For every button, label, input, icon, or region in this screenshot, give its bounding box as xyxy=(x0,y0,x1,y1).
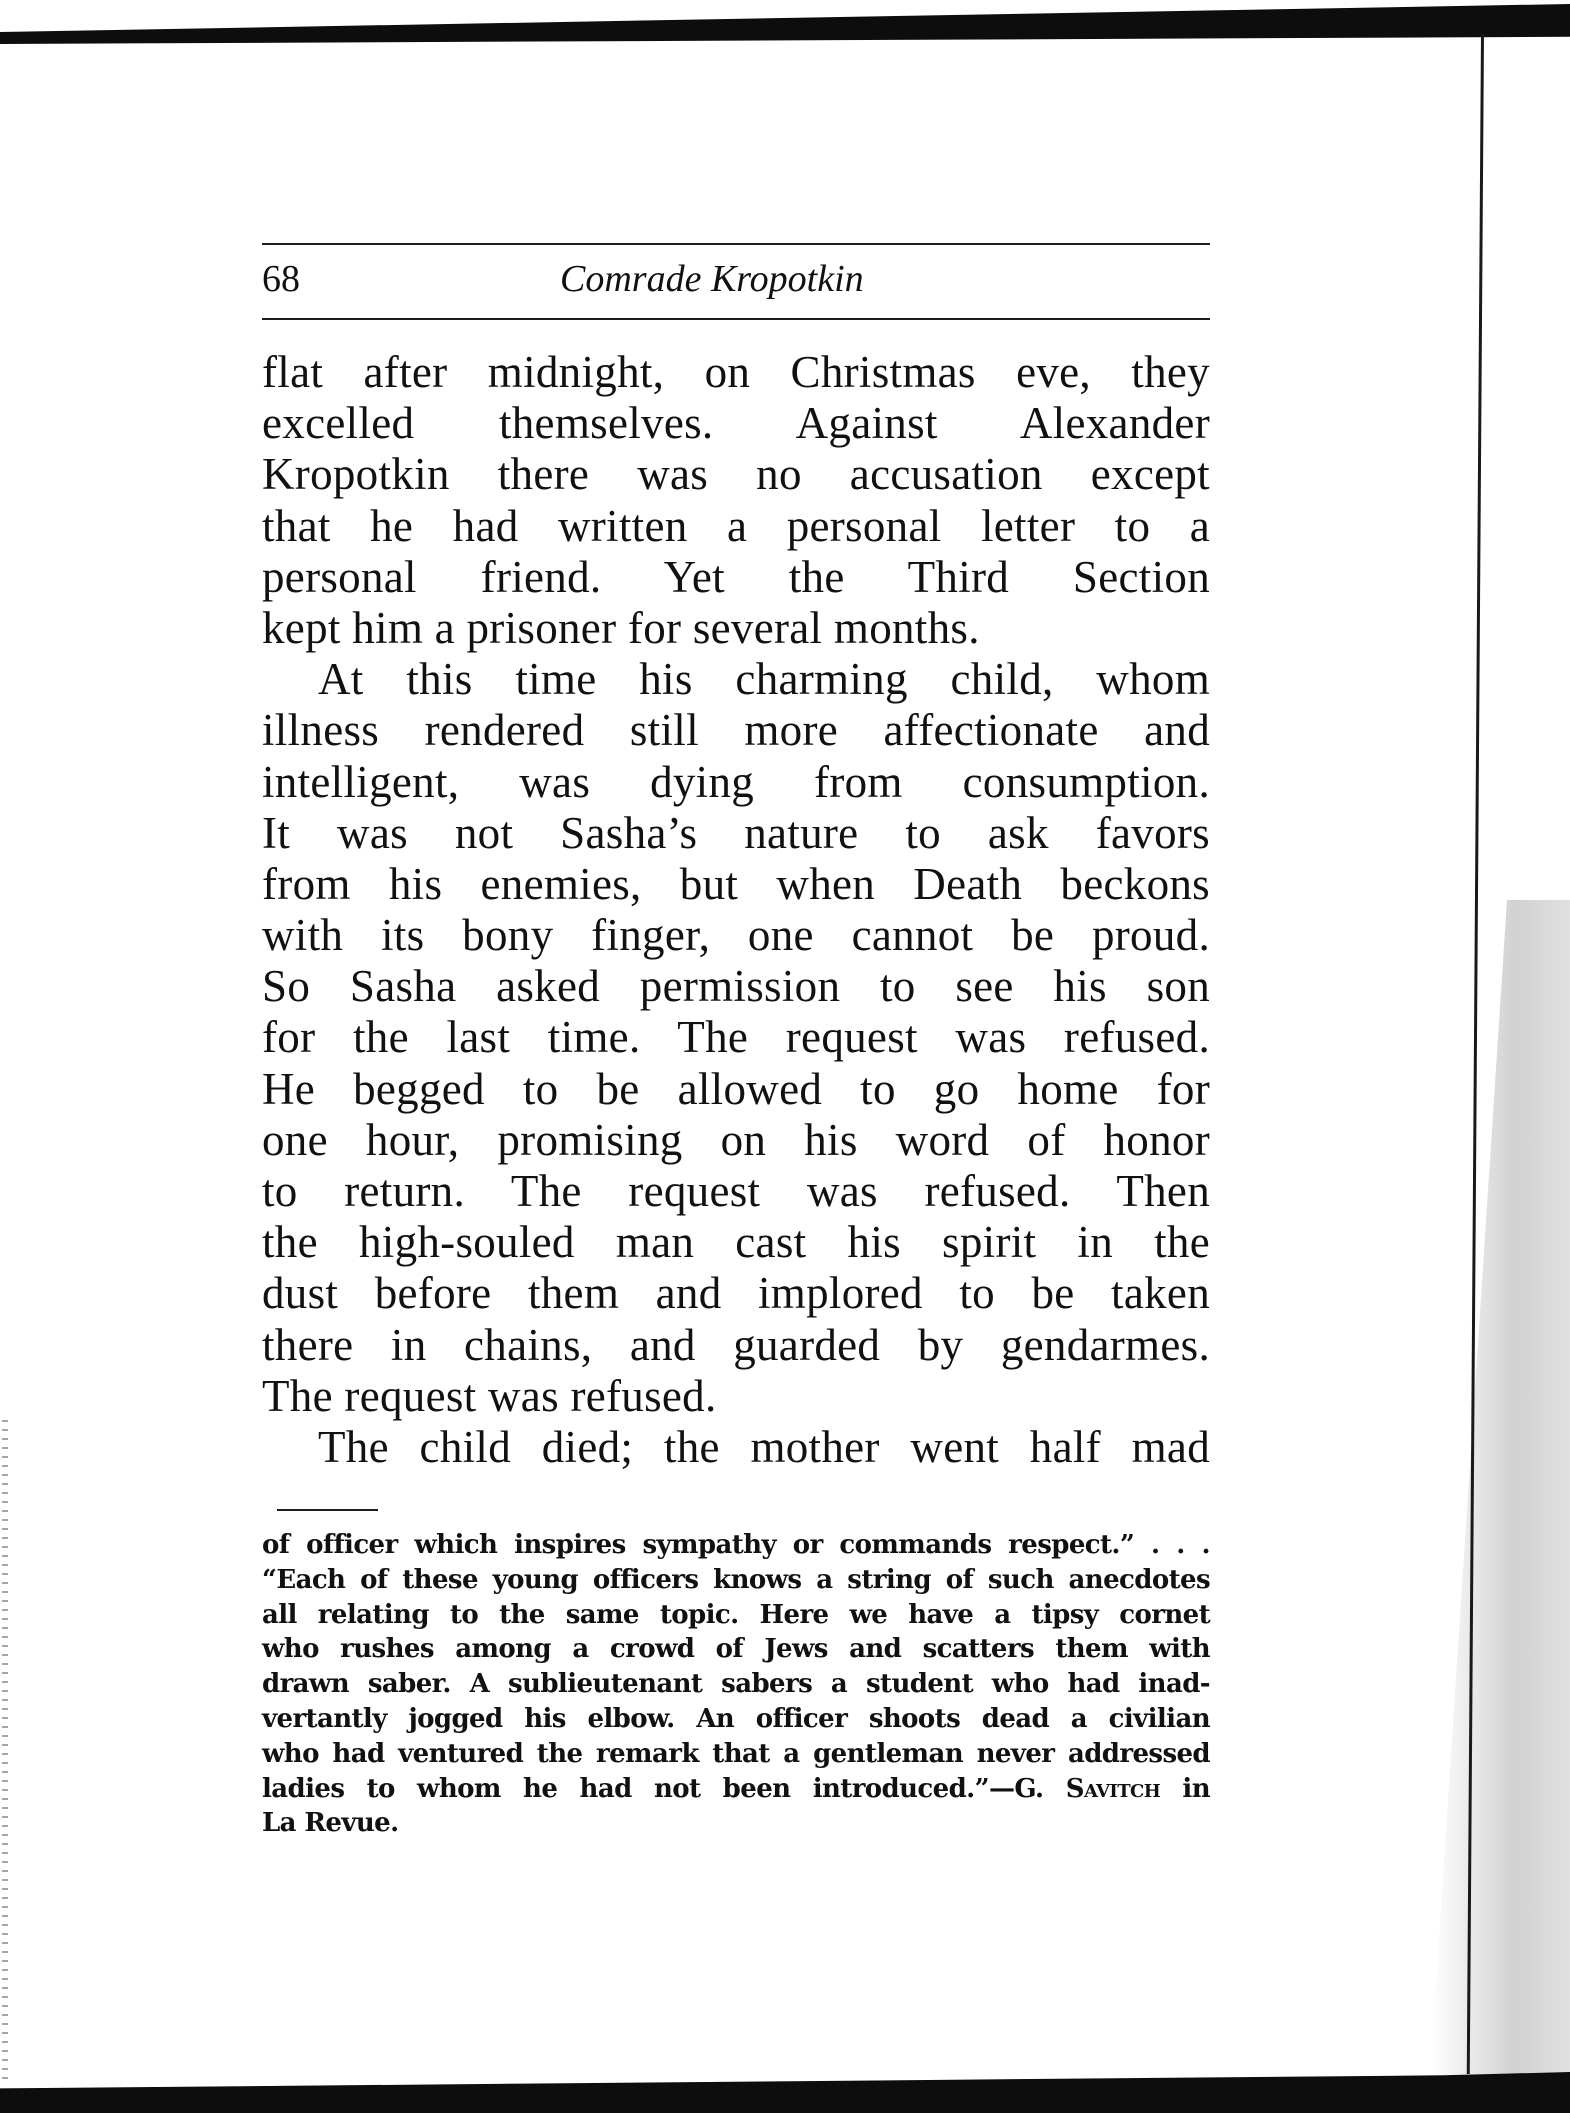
body-line: that he had written a personal letter to… xyxy=(262,501,1210,552)
footnote-attribution-line: ladies to whom he had not been introduce… xyxy=(262,1772,1210,1807)
body-line: illness rendered still more affectionate… xyxy=(262,705,1210,756)
footnote-attribution-suffix: in xyxy=(1160,1774,1210,1804)
scan-border-bottom xyxy=(0,2072,1570,2113)
body-line: kept him a prisoner for several months. xyxy=(262,603,1210,654)
footnote-separator xyxy=(277,1509,378,1511)
footnote-line: drawn saber. A sublieutenant sabers a st… xyxy=(262,1667,1210,1702)
running-title: Comrade Kropotkin xyxy=(560,257,864,301)
body-line: The child died; the mother went half mad xyxy=(262,1422,1210,1473)
footnote-line: who had ventured the remark that a gentl… xyxy=(262,1737,1210,1772)
footnote: of officer which inspires sympathy or co… xyxy=(262,1528,1210,1841)
footnote-line-text: ladies to whom he had not been introduce… xyxy=(262,1774,1044,1804)
body-line: one hour, promising on his word of honor xyxy=(262,1115,1210,1166)
footnote-line: who rushes among a crowd of Jews and sca… xyxy=(262,1632,1210,1667)
body-line: from his enemies, but when Death beckons xyxy=(262,859,1210,910)
body-line: there in chains, and guarded by gendarme… xyxy=(262,1320,1210,1371)
body-line: personal friend. Yet the Third Section xyxy=(262,552,1210,603)
scan-edge-noise xyxy=(2,1420,8,2080)
body-line: excelled themselves. Against Alexander xyxy=(262,398,1210,449)
footnote-line: all relating to the same topic. Here we … xyxy=(262,1598,1210,1633)
body-line: the high-souled man cast his spirit in t… xyxy=(262,1217,1210,1268)
body-line: He begged to be allowed to go home for xyxy=(262,1064,1210,1115)
book-gutter-shadow xyxy=(1430,900,1570,2075)
page-number: 68 xyxy=(262,257,300,301)
body-line: with its bony finger, one cannot be prou… xyxy=(262,910,1210,961)
body-line: dust before them and implored to be take… xyxy=(262,1268,1210,1319)
body-line: for the last time. The request was refus… xyxy=(262,1012,1210,1063)
body-line: to return. The request was refused. Then xyxy=(262,1166,1210,1217)
scan-border-top xyxy=(0,4,1570,44)
footnote-line: La Revue. xyxy=(262,1806,1210,1841)
body-line: It was not Sasha’s nature to ask favors xyxy=(262,808,1210,859)
footnote-line: vertantly jogged his elbow. An officer s… xyxy=(262,1702,1210,1737)
footnote-line: “Each of these young officers knows a st… xyxy=(262,1563,1210,1598)
body-text: flat after midnight, on Christmas eve, t… xyxy=(262,347,1210,1473)
body-line: The request was refused. xyxy=(262,1371,1210,1422)
body-line: Kropotkin there was no accusation except xyxy=(262,449,1210,500)
body-line: At this time his charming child, whom xyxy=(262,654,1210,705)
body-line: So Sasha asked permission to see his son xyxy=(262,961,1210,1012)
running-head: 68 Comrade Kropotkin xyxy=(262,243,1210,320)
footnote-line: of officer which inspires sympathy or co… xyxy=(262,1528,1210,1563)
body-line: flat after midnight, on Christmas eve, t… xyxy=(262,347,1210,398)
body-line: intelligent, was dying from consumption. xyxy=(262,757,1210,808)
footnote-author: Savitch xyxy=(1066,1774,1160,1804)
